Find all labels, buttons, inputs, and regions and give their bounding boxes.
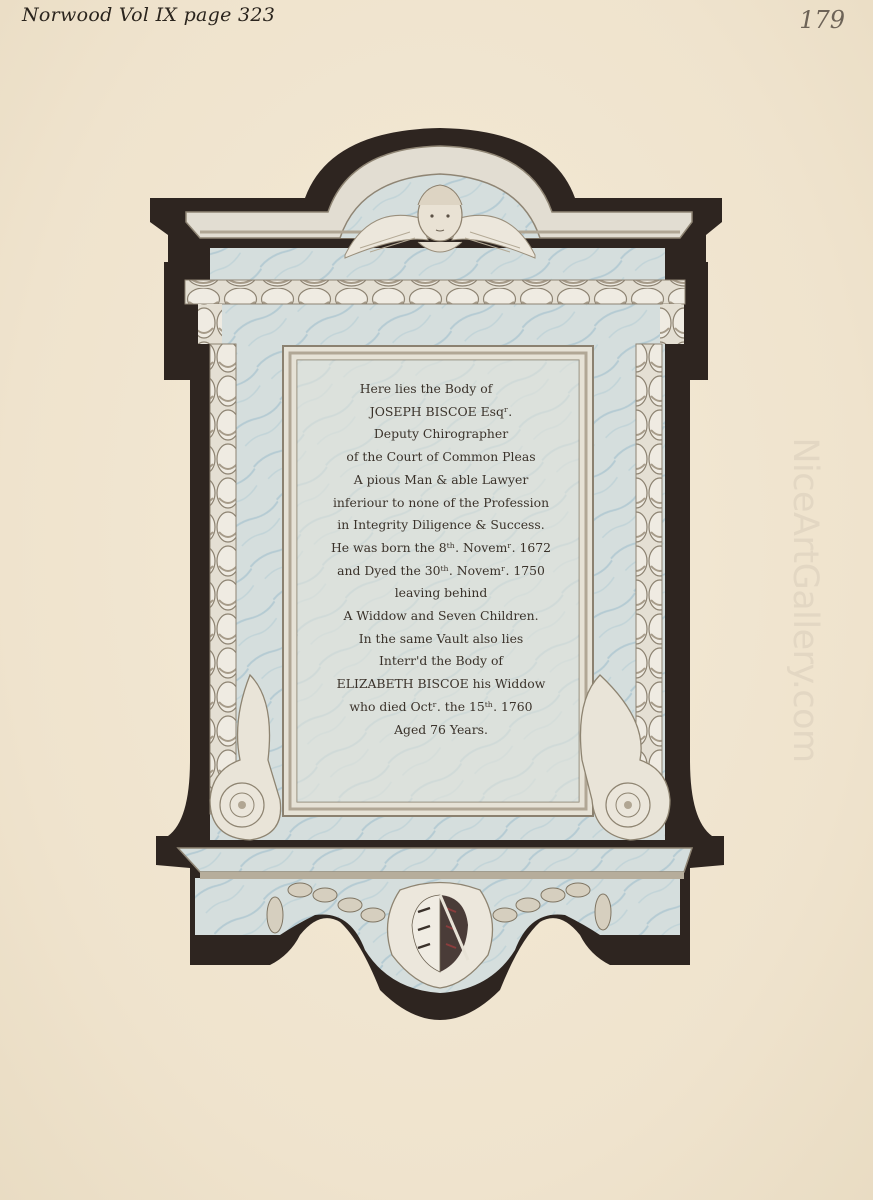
inscription-line: Aged 76 Years. <box>296 719 586 742</box>
memorial-inscription: Here lies the Body of JOSEPH BISCOE Esqʳ… <box>296 378 586 741</box>
inscription-line: In the same Vault also lies <box>296 628 586 651</box>
inscription-line: leaving behind <box>296 582 586 605</box>
inscription-line: A pious Man & able Lawyer <box>296 469 586 492</box>
inscription-line: of the Court of Common Pleas <box>296 446 586 469</box>
base-shelf <box>178 848 692 879</box>
inscription-line: A Widdow and Seven Children. <box>296 605 586 628</box>
inscription-line: in Integrity Diligence & Success. <box>296 514 586 537</box>
inscription-line: Interr'd the Body of <box>296 650 586 673</box>
inscription-line: ELIZABETH BISCOE his Widdow <box>296 673 586 696</box>
watermark: NiceArtGallery.com <box>770 405 840 795</box>
inscription-line: Here lies the Body of <box>296 378 586 401</box>
inscription-line: Deputy Chirographer <box>296 423 586 446</box>
inscription-line: JOSEPH BISCOE Esqʳ. <box>296 401 586 424</box>
inscription-line: He was born the 8ᵗʰ. Novemʳ. 1672 <box>296 537 586 560</box>
inscription-line: inferiour to none of the Profession <box>296 492 586 515</box>
inscription-line: who died Octʳ. the 15ᵗʰ. 1760 <box>296 696 586 719</box>
watermark-text: NiceArtGallery.com <box>785 437 825 762</box>
inscription-line: and Dyed the 30ᵗʰ. Novemʳ. 1750 <box>296 560 586 583</box>
